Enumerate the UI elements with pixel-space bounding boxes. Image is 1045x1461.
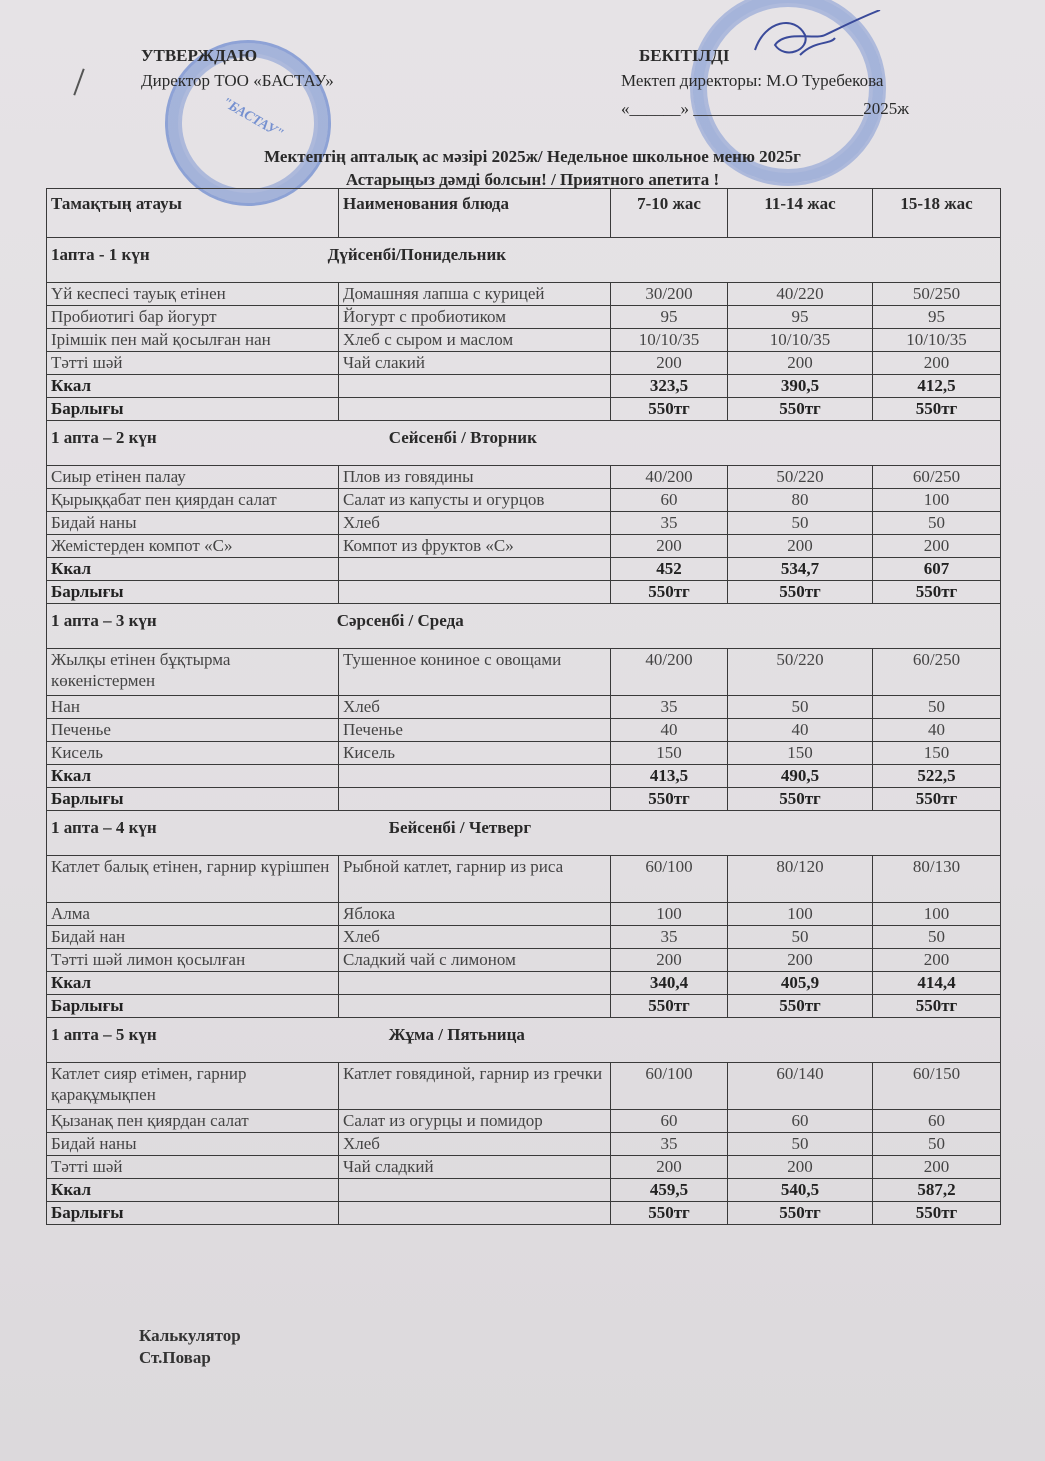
kcal-row-value: 412,5: [873, 375, 1001, 398]
total-row: Барлығы550тг550тг550тг: [47, 581, 1001, 604]
menu-item-row: КисельКисель150150150: [47, 742, 1001, 765]
menu-item-row: АлмаЯблока100100100: [47, 903, 1001, 926]
portion-cell: 80/130: [873, 856, 1001, 903]
empty-cell: [339, 995, 611, 1018]
menu-item-row: Бидай нанХлеб355050: [47, 926, 1001, 949]
total-row-label: Барлығы: [47, 581, 339, 604]
total-row-label: Барлығы: [47, 1202, 339, 1225]
portion-cell: 60: [611, 1110, 728, 1133]
day-name: Дүйсенбі/Понидельник: [328, 244, 506, 266]
dish-name-ru: Рыбной катлет, гарнир из риса: [339, 856, 611, 903]
kcal-row-value: 540,5: [728, 1179, 873, 1202]
kcal-row-label: Ккал: [47, 375, 339, 398]
dish-name-ru: Хлеб: [339, 926, 611, 949]
dish-name-kz: Алма: [47, 903, 339, 926]
portion-cell: 200: [728, 949, 873, 972]
day-number: 1 апта – 5 күн: [51, 1025, 157, 1044]
dish-name-ru: Хлеб: [339, 1133, 611, 1156]
kcal-row-value: 607: [873, 558, 1001, 581]
kcal-row-value: 490,5: [728, 765, 873, 788]
total-row-value: 550тг: [611, 788, 728, 811]
dish-name-kz: Бидай наны: [47, 512, 339, 535]
dish-name-ru: Компот из фруктов «С»: [339, 535, 611, 558]
table-header-row: Тамақтың атауы Наименования блюда 7-10 ж…: [47, 189, 1001, 238]
total-row-value: 550тг: [728, 995, 873, 1018]
kcal-row-value: 459,5: [611, 1179, 728, 1202]
date-line: «______» ____________________2025ж: [621, 99, 909, 119]
empty-cell: [339, 581, 611, 604]
kcal-row-label: Ккал: [47, 1179, 339, 1202]
kcal-row: Ккал340,4405,9414,4: [47, 972, 1001, 995]
portion-cell: 50: [873, 1133, 1001, 1156]
portion-cell: 50: [873, 512, 1001, 535]
column-header: 15-18 жас: [873, 189, 1001, 238]
portion-cell: 150: [611, 742, 728, 765]
director-name: Мектеп директоры: М.О Туребекова: [621, 71, 909, 91]
menu-item-row: ПеченьеПеченье404040: [47, 719, 1001, 742]
day-header-row: 1 апта – 3 күнСәрсенбі / Среда: [47, 604, 1001, 649]
dish-name-kz: Катлет балық етінен, гарнир күрішпен: [47, 856, 339, 903]
portion-cell: 95: [873, 306, 1001, 329]
portion-cell: 200: [873, 1156, 1001, 1179]
kcal-row: Ккал323,5390,5412,5: [47, 375, 1001, 398]
menu-item-row: Сиыр етінен палауПлов из говядины40/2005…: [47, 466, 1001, 489]
menu-item-row: Қырыққабат пен қиярдан салатСалат из кап…: [47, 489, 1001, 512]
dish-name-kz: Пробиотигі бар йогурт: [47, 306, 339, 329]
dish-name-kz: Қырыққабат пен қиярдан салат: [47, 489, 339, 512]
total-row: Барлығы550тг550тг550тг: [47, 1202, 1001, 1225]
portion-cell: 60/150: [873, 1063, 1001, 1110]
day-number: 1 апта – 3 күн: [51, 611, 157, 630]
kcal-row: Ккал459,5540,5587,2: [47, 1179, 1001, 1202]
kcal-row-value: 522,5: [873, 765, 1001, 788]
menu-item-row: Бидай наныХлеб355050: [47, 512, 1001, 535]
portion-cell: 80: [728, 489, 873, 512]
menu-item-row: Пробиотигі бар йогуртЙогурт с пробиотико…: [47, 306, 1001, 329]
menu-item-row: Үй кеспесі тауық етіненДомашняя лапша с …: [47, 283, 1001, 306]
menu-item-row: Тәтті шәйЧай слакий200200200: [47, 352, 1001, 375]
day-name: Жұма / Пятьница: [389, 1024, 525, 1046]
empty-cell: [339, 765, 611, 788]
day-header-cell: 1 апта – 3 күнСәрсенбі / Среда: [47, 604, 1001, 649]
total-row-value: 550тг: [873, 788, 1001, 811]
dish-name-ru: Кисель: [339, 742, 611, 765]
total-row-value: 550тг: [611, 398, 728, 421]
kcal-row-value: 390,5: [728, 375, 873, 398]
day-number: 1 апта – 4 күн: [51, 818, 157, 837]
menu-item-row: Бидай наныХлеб355050: [47, 1133, 1001, 1156]
dish-name-ru: Сладкий чай с лимоном: [339, 949, 611, 972]
page-subtitle: Астарыңыз дәмді болсын! / Приятного апет…: [10, 170, 1045, 190]
dish-name-ru: Яблока: [339, 903, 611, 926]
portion-cell: 60/100: [611, 1063, 728, 1110]
day-header-cell: 1 апта – 2 күнСейсенбі / Вторник: [47, 421, 1001, 466]
empty-cell: [339, 375, 611, 398]
total-row-value: 550тг: [873, 581, 1001, 604]
day-header-row: 1 апта – 4 күнБейсенбі / Четверг: [47, 811, 1001, 856]
dish-name-kz: Сиыр етінен палау: [47, 466, 339, 489]
empty-cell: [339, 972, 611, 995]
portion-cell: 50/220: [728, 466, 873, 489]
dish-name-kz: Жылқы етінен бұқтырма көкеністермен: [47, 649, 339, 696]
portion-cell: 60: [611, 489, 728, 512]
portion-cell: 60/140: [728, 1063, 873, 1110]
dish-name-ru: Катлет говядиной, гарнир из гречки: [339, 1063, 611, 1110]
total-row: Барлығы550тг550тг550тг: [47, 995, 1001, 1018]
portion-cell: 30/200: [611, 283, 728, 306]
empty-cell: [339, 1202, 611, 1225]
portion-cell: 100: [873, 489, 1001, 512]
portion-cell: 40/200: [611, 649, 728, 696]
total-row-value: 550тг: [728, 1202, 873, 1225]
dish-name-kz: Тәтті шәй: [47, 1156, 339, 1179]
portion-cell: 35: [611, 512, 728, 535]
page-title: Мектептің апталық ас мәзірі 2025ж/ Недел…: [10, 147, 1045, 167]
portion-cell: 95: [728, 306, 873, 329]
portion-cell: 200: [728, 1156, 873, 1179]
approve-heading: УТВЕРЖДАЮ: [141, 46, 334, 66]
kcal-row-label: Ккал: [47, 558, 339, 581]
portion-cell: 50: [728, 512, 873, 535]
dish-name-ru: Печенье: [339, 719, 611, 742]
day-header-cell: 1апта - 1 күнДүйсенбі/Понидельник: [47, 238, 1001, 283]
dish-name-ru: Салат из огурцы и помидор: [339, 1110, 611, 1133]
total-row-value: 550тг: [728, 788, 873, 811]
table-body: 1апта - 1 күнДүйсенбі/ПонидельникҮй кесп…: [47, 238, 1001, 1225]
portion-cell: 200: [611, 535, 728, 558]
menu-item-row: НанХлеб355050: [47, 696, 1001, 719]
portion-cell: 200: [873, 352, 1001, 375]
column-header: Тамақтың атауы: [47, 189, 339, 238]
kcal-row-value: 413,5: [611, 765, 728, 788]
portion-cell: 35: [611, 696, 728, 719]
kcal-row-label: Ккал: [47, 765, 339, 788]
kcal-row-value: 405,9: [728, 972, 873, 995]
kcal-row-value: 534,7: [728, 558, 873, 581]
dish-name-kz: Бидай нан: [47, 926, 339, 949]
dish-name-kz: Бидай наны: [47, 1133, 339, 1156]
empty-cell: [339, 558, 611, 581]
dish-name-kz: Жемістерден компот «С»: [47, 535, 339, 558]
day-number: 1 апта – 2 күн: [51, 428, 157, 447]
portion-cell: 50: [873, 926, 1001, 949]
total-row-label: Барлығы: [47, 398, 339, 421]
approval-block-left: УТВЕРЖДАЮ Директор ТОО «БАСТАУ»: [141, 46, 334, 91]
dish-name-ru: Чай слакий: [339, 352, 611, 375]
portion-cell: 200: [611, 949, 728, 972]
dish-name-ru: Плов из говядины: [339, 466, 611, 489]
empty-cell: [339, 1179, 611, 1202]
portion-cell: 10/10/35: [728, 329, 873, 352]
portion-cell: 150: [873, 742, 1001, 765]
dish-name-kz: Ірімшік пен май қосылған нан: [47, 329, 339, 352]
portion-cell: 100: [873, 903, 1001, 926]
empty-cell: [339, 398, 611, 421]
portion-cell: 60: [873, 1110, 1001, 1133]
total-row-value: 550тг: [873, 398, 1001, 421]
portion-cell: 50/250: [873, 283, 1001, 306]
menu-item-row: Ірімшік пен май қосылған нанХлеб с сыром…: [47, 329, 1001, 352]
approver-position: Директор ТОО «БАСТАУ»: [141, 71, 334, 91]
menu-item-row: Тәтті шәй лимон қосылғанСладкий чай с ли…: [47, 949, 1001, 972]
approve-heading-kz: БЕКІТІЛДІ: [639, 46, 909, 66]
total-row-value: 550тг: [873, 1202, 1001, 1225]
approval-block-right: БЕКІТІЛДІ Мектеп директоры: М.О Туребеко…: [621, 46, 909, 119]
dish-name-kz: Тәтті шәй лимон қосылған: [47, 949, 339, 972]
total-row-label: Барлығы: [47, 995, 339, 1018]
dish-name-kz: Қызанақ пен қиярдан салат: [47, 1110, 339, 1133]
portion-cell: 200: [728, 535, 873, 558]
portion-cell: 40: [611, 719, 728, 742]
dish-name-kz: Нан: [47, 696, 339, 719]
weekly-menu-table: Тамақтың атауы Наименования блюда 7-10 ж…: [46, 188, 1001, 1225]
portion-cell: 60/250: [873, 649, 1001, 696]
menu-item-row: Жемістерден компот «С»Компот из фруктов …: [47, 535, 1001, 558]
dish-name-ru: Хлеб с сыром и маслом: [339, 329, 611, 352]
dish-name-ru: Салат из капусты и огурцов: [339, 489, 611, 512]
portion-cell: 60/250: [873, 466, 1001, 489]
portion-cell: 10/10/35: [873, 329, 1001, 352]
dish-name-ru: Домашняя лапша с курицей: [339, 283, 611, 306]
menu-item-row: Жылқы етінен бұқтырма көкеністерменТушен…: [47, 649, 1001, 696]
kcal-row: Ккал452534,7607: [47, 558, 1001, 581]
total-row-value: 550тг: [728, 398, 873, 421]
day-header-cell: 1 апта – 4 күнБейсенбі / Четверг: [47, 811, 1001, 856]
dish-name-ru: Хлеб: [339, 512, 611, 535]
total-row-value: 550тг: [728, 581, 873, 604]
portion-cell: 50: [728, 1133, 873, 1156]
portion-cell: 50: [728, 926, 873, 949]
total-row-label: Барлығы: [47, 788, 339, 811]
portion-cell: 50: [728, 696, 873, 719]
day-name: Бейсенбі / Четверг: [389, 817, 531, 839]
portion-cell: 60/100: [611, 856, 728, 903]
portion-cell: 50: [873, 696, 1001, 719]
pen-mark: [73, 69, 84, 96]
portion-cell: 100: [728, 903, 873, 926]
dish-name-kz: Тәтті шәй: [47, 352, 339, 375]
day-header-row: 1апта - 1 күнДүйсенбі/Понидельник: [47, 238, 1001, 283]
kcal-row-value: 323,5: [611, 375, 728, 398]
menu-item-row: Тәтті шәйЧай сладкий200200200: [47, 1156, 1001, 1179]
kcal-row-label: Ккал: [47, 972, 339, 995]
dish-name-kz: Печенье: [47, 719, 339, 742]
dish-name-kz: Үй кеспесі тауық етінен: [47, 283, 339, 306]
footer-chef: Ст.Повар: [139, 1347, 241, 1369]
dish-name-ru: Тушенное кониное с овощами: [339, 649, 611, 696]
total-row: Барлығы550тг550тг550тг: [47, 398, 1001, 421]
day-name: Сәрсенбі / Среда: [337, 610, 464, 632]
menu-item-row: Катлет балық етінен, гарнир күрішпенРыбн…: [47, 856, 1001, 903]
dish-name-ru: Хлеб: [339, 696, 611, 719]
total-row-value: 550тг: [611, 1202, 728, 1225]
portion-cell: 40/220: [728, 283, 873, 306]
portion-cell: 200: [611, 352, 728, 375]
column-header: Наименования блюда: [339, 189, 611, 238]
portion-cell: 200: [873, 949, 1001, 972]
column-header: 11-14 жас: [728, 189, 873, 238]
kcal-row-value: 340,4: [611, 972, 728, 995]
kcal-row: Ккал413,5490,5522,5: [47, 765, 1001, 788]
total-row-value: 550тг: [611, 995, 728, 1018]
day-header-row: 1 апта – 2 күнСейсенбі / Вторник: [47, 421, 1001, 466]
kcal-row-value: 587,2: [873, 1179, 1001, 1202]
stamp-text: "БАСТАУ": [219, 95, 286, 143]
dish-name-ru: Йогурт с пробиотиком: [339, 306, 611, 329]
total-row-value: 550тг: [611, 581, 728, 604]
day-header-cell: 1 апта – 5 күнЖұма / Пятьница: [47, 1018, 1001, 1063]
menu-item-row: Катлет сияр етімен, гарнир қарақұмықпенК…: [47, 1063, 1001, 1110]
menu-item-row: Қызанақ пен қиярдан салатСалат из огурцы…: [47, 1110, 1001, 1133]
portion-cell: 35: [611, 1133, 728, 1156]
portion-cell: 40/200: [611, 466, 728, 489]
portion-cell: 80/120: [728, 856, 873, 903]
portion-cell: 40: [873, 719, 1001, 742]
portion-cell: 200: [873, 535, 1001, 558]
day-name: Сейсенбі / Вторник: [389, 427, 537, 449]
footer-signatures: Калькулятор Ст.Повар: [139, 1325, 241, 1369]
column-header: 7-10 жас: [611, 189, 728, 238]
portion-cell: 40: [728, 719, 873, 742]
empty-cell: [339, 788, 611, 811]
portion-cell: 150: [728, 742, 873, 765]
day-number: 1апта - 1 күн: [51, 245, 150, 264]
dish-name-kz: Кисель: [47, 742, 339, 765]
portion-cell: 35: [611, 926, 728, 949]
footer-calculator: Калькулятор: [139, 1325, 241, 1347]
kcal-row-value: 452: [611, 558, 728, 581]
portion-cell: 50/220: [728, 649, 873, 696]
portion-cell: 200: [611, 1156, 728, 1179]
dish-name-ru: Чай сладкий: [339, 1156, 611, 1179]
portion-cell: 10/10/35: [611, 329, 728, 352]
portion-cell: 100: [611, 903, 728, 926]
dish-name-kz: Катлет сияр етімен, гарнир қарақұмықпен: [47, 1063, 339, 1110]
kcal-row-value: 414,4: [873, 972, 1001, 995]
portion-cell: 95: [611, 306, 728, 329]
portion-cell: 200: [728, 352, 873, 375]
total-row-value: 550тг: [873, 995, 1001, 1018]
day-header-row: 1 апта – 5 күнЖұма / Пятьница: [47, 1018, 1001, 1063]
total-row: Барлығы550тг550тг550тг: [47, 788, 1001, 811]
portion-cell: 60: [728, 1110, 873, 1133]
